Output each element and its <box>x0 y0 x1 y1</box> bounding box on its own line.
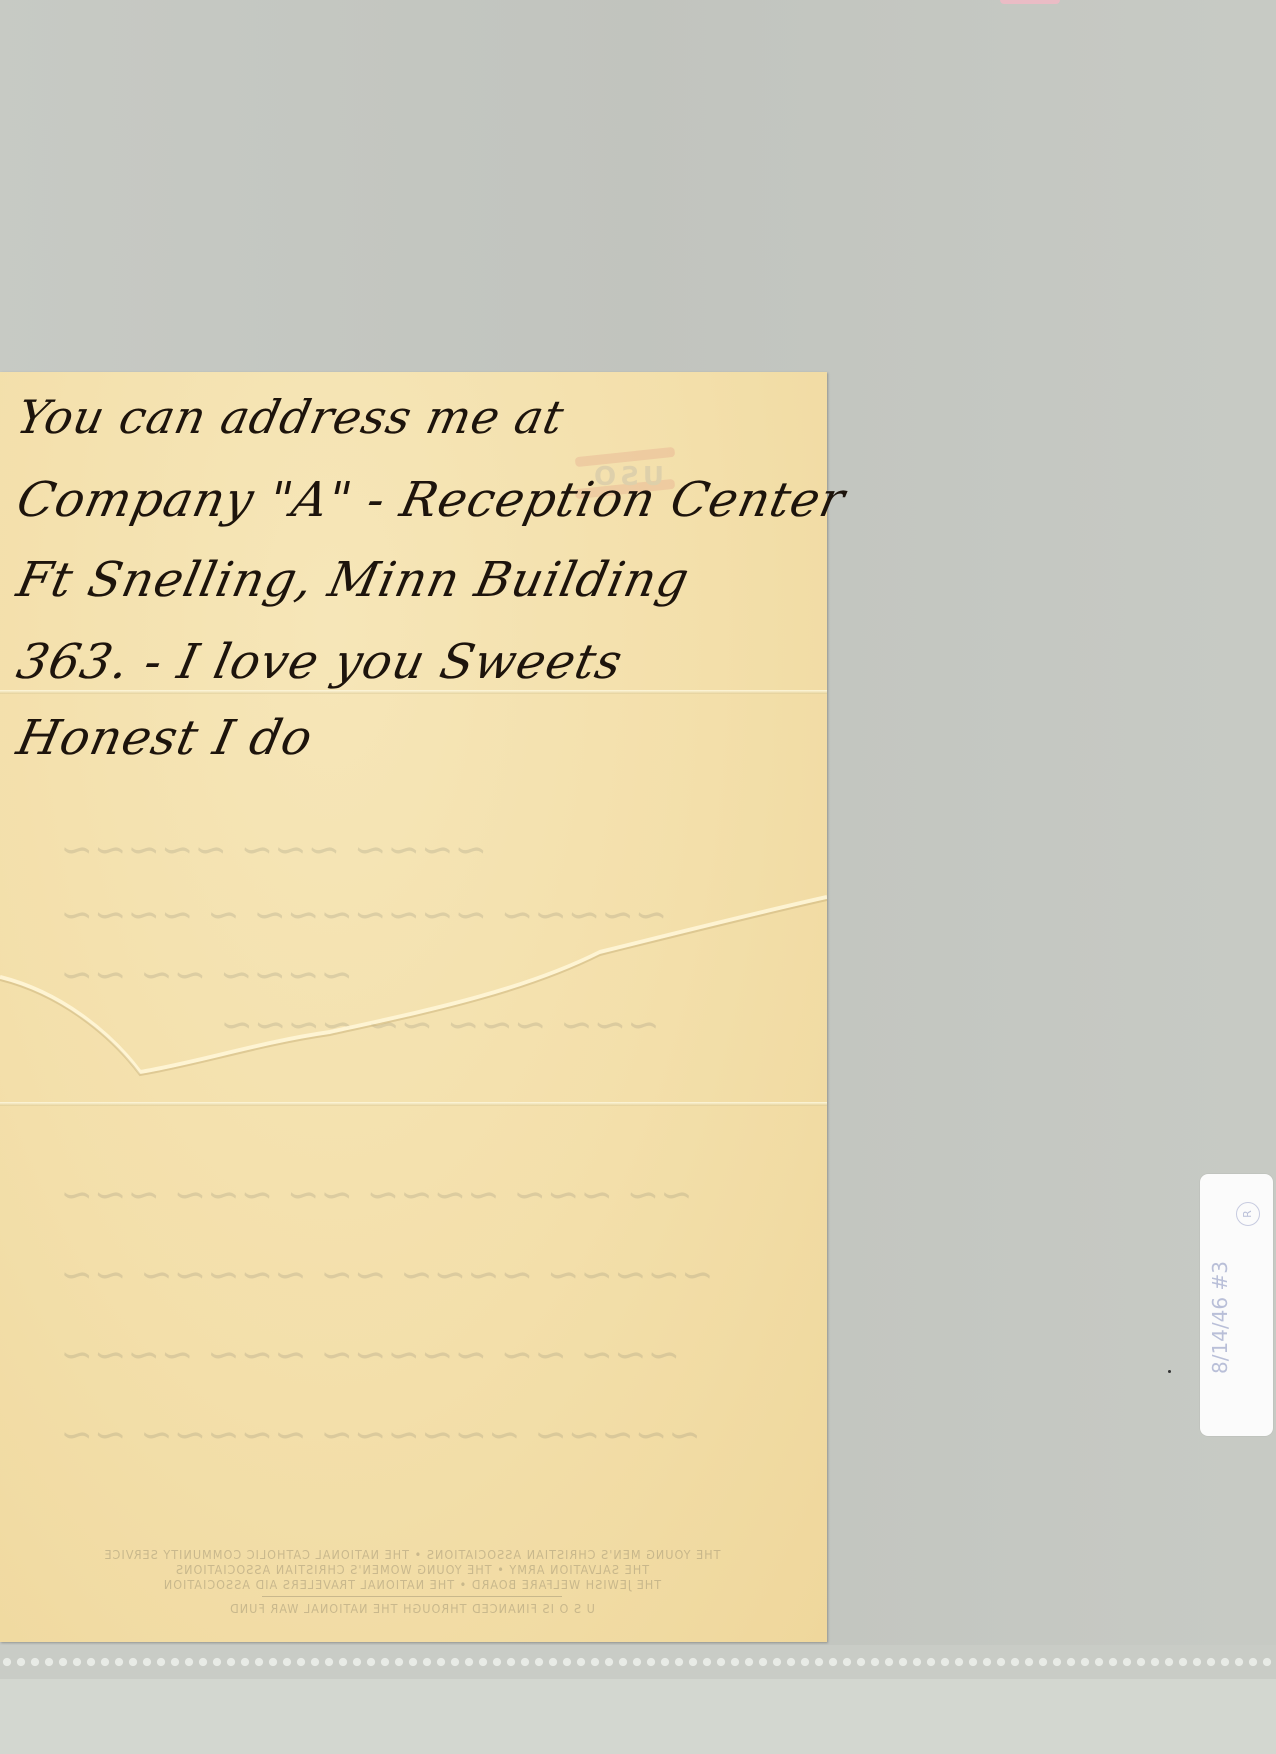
archive-label: R 8/14/46 #3 <box>1200 1174 1273 1436</box>
letter-page: USO ~~~~ ~~~ ~~~~~ ~~~~~ ~~~~~~~ ~ ~~~~ … <box>0 372 827 1642</box>
plastic-sleeve <box>0 1679 1276 1754</box>
bleed-through-writing: ~~~~ ~~~ ~~~~~ <box>56 827 492 873</box>
handwritten-line-2: Company "A" - Reception Center <box>12 472 850 528</box>
handwritten-line-4: 363. - I love you Sweets <box>12 634 628 690</box>
handwritten-line-5: Honest I do <box>12 710 318 766</box>
letterhead-footer-bleed-through: The Young Men's Christian Associations •… <box>62 1547 762 1616</box>
handwritten-line-1: You can address me at <box>12 390 569 444</box>
bleed-through-writing: ~~~~~ ~~~~~~ ~~~~~ ~~ <box>56 1412 706 1458</box>
circled-mark: R <box>1236 1202 1260 1226</box>
archive-label-text: 8/14/46 #3 <box>1208 1261 1232 1374</box>
bleed-through-writing: ~~~~ ~~ ~~ <box>56 952 358 998</box>
bleed-through-writing: ~~ ~~~ ~~~~ ~~ ~~~ ~~~ <box>56 1172 697 1218</box>
fold-line <box>0 690 827 694</box>
bleed-through-writing: ~~~ ~~ ~~~~~ ~~~ ~~~~ <box>56 1332 685 1378</box>
dust-speck <box>1168 1370 1171 1373</box>
scan-artifact <box>1000 0 1060 4</box>
bleed-through-writing: ~~~~~ ~~~~ ~~ ~~~~~ ~~ <box>56 1252 718 1298</box>
bleed-through-writing: ~~~~~ ~~~~~~~ ~ ~~~~ <box>56 892 672 938</box>
handwritten-line-3: Ft Snelling, Minn Building <box>12 552 694 608</box>
bleed-through-writing: ~~~ ~~~ ~~ ~~~~ <box>216 1002 664 1048</box>
fold-line <box>0 1102 827 1106</box>
plastic-sleeve-edge <box>0 1645 1276 1680</box>
